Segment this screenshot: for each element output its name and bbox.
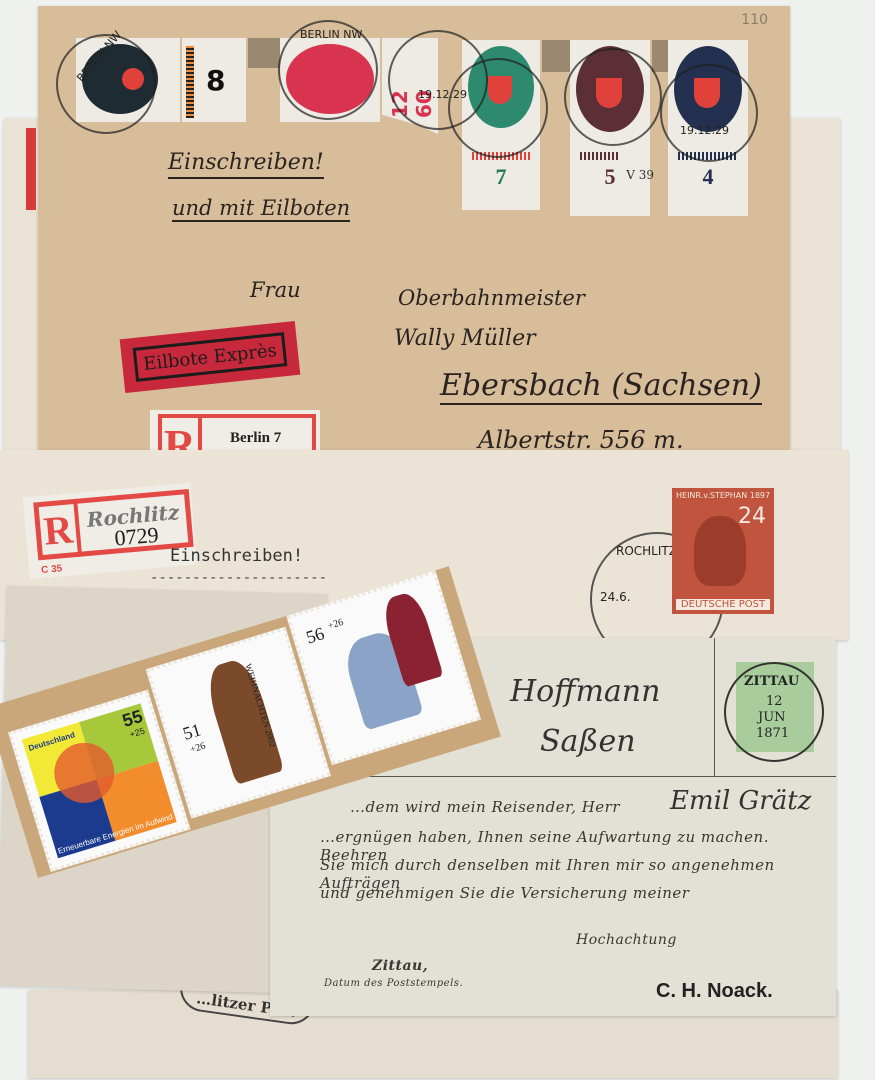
addressee-title: Frau [250,278,301,302]
stamp-heinrich-von-stephan: HEINR.v.STEPHAN 1897 24 DEUTSCHE POST [672,488,774,614]
pencil-note: 110 [741,12,768,28]
margin-number: 8 [206,64,225,97]
signature: C. H. Noack. [656,980,773,1003]
postmark [564,48,662,146]
express-label: Eilbote Exprès [120,321,301,393]
handwritten-einschreiben: Einschreiben! [168,150,324,179]
addressee-rank: Oberbahnmeister [398,286,585,310]
angel-icon [201,656,284,785]
addressee-name: Wally Müller [394,326,536,351]
plate-mark: V 39 [626,168,654,182]
postmark [448,58,548,158]
postmark: 19.12.29 [660,64,758,162]
handwritten-agent: Emil Grätz [670,786,811,816]
postmark: BERLIN NW [56,34,156,134]
margin-number: 4 [668,164,748,190]
typed-einschreiben: Einschreiben! [170,546,303,566]
stamp-zittau-1871: ZITTAU 12 JUN 1871 [736,662,814,752]
typed-rule: --------------------- [150,570,327,586]
top-envelope: 110 8 12 60 7 5 V 39 4 BERLIN NW BERLIN [38,6,790,472]
margin-number: 7 [462,164,540,190]
postmark: BERLIN NW [278,20,378,120]
handwritten-eilboten: und mit Eilboten [172,196,350,222]
zittau-postmark: ZITTAU 12 JUN 1871 [724,662,824,762]
address-city: Ebersbach (Sachsen) [440,368,762,405]
stamp-margin: 8 [182,38,246,122]
portrait-icon [694,516,746,586]
handwritten-name: Hoffmann [510,674,660,709]
handwritten-place: Saßen [540,724,636,759]
